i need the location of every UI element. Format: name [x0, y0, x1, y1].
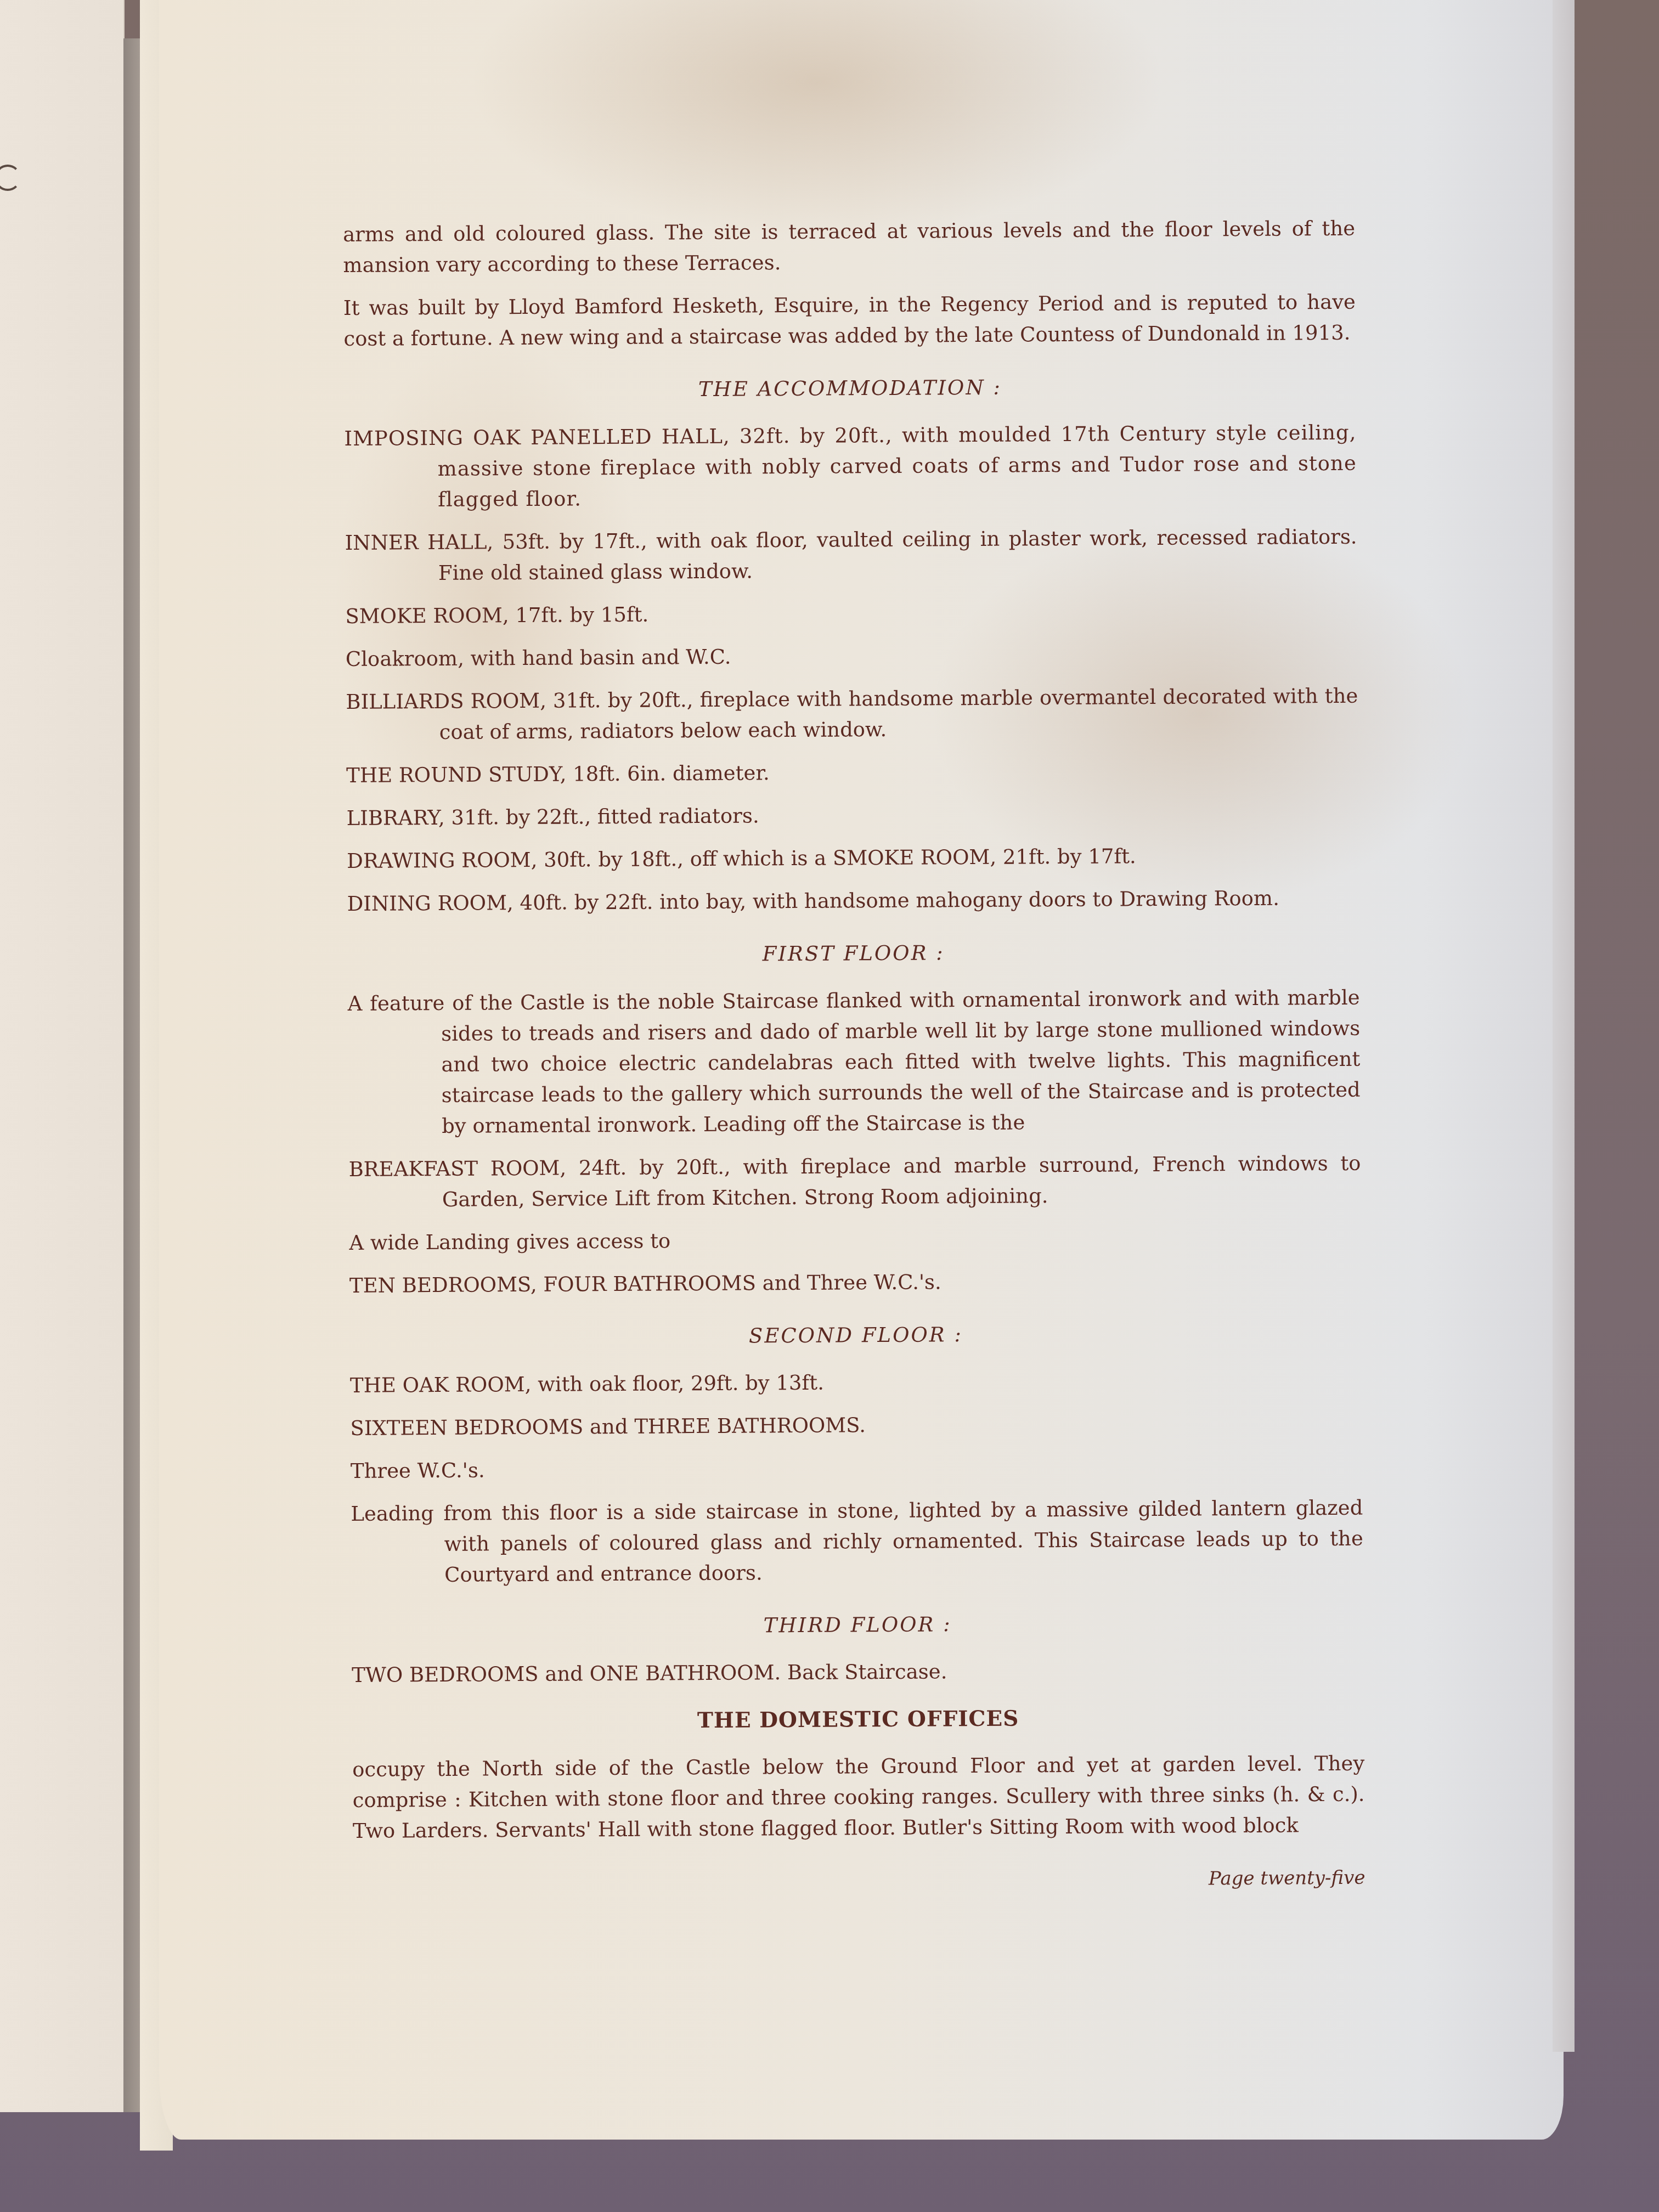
first-floor-entry: TEN BEDROOMS, FOUR BATHROOMS and Three W…	[349, 1265, 1362, 1301]
left-facing-page	[0, 0, 125, 2112]
domestic-offices-heading: THE DOMESTIC OFFICES	[352, 1701, 1364, 1738]
room-entry: LIBRARY, 31ft. by 22ft., fitted radiator…	[346, 797, 1358, 834]
room-entry: IMPOSING OAK PANELLED HALL, 32ft. by 20f…	[344, 417, 1357, 516]
first-floor-entry: A feature of the Castle is the noble Sta…	[348, 983, 1361, 1142]
binding-gutter	[123, 38, 140, 2112]
second-floor-entry: SIXTEEN BEDROOMS and THREE BATHROOMS.	[350, 1407, 1362, 1444]
first-floor-entry: A wide Landing gives access to	[349, 1222, 1361, 1259]
room-entry: DRAWING ROOM, 30ft. by 18ft., off which …	[347, 840, 1359, 877]
binding-hole-icon	[0, 165, 21, 191]
third-floor-entry: TWO BEDROOMS and ONE BATHROOM. Back Stai…	[352, 1654, 1364, 1691]
intro-paragraph: It was built by Lloyd Bamford Hesketh, E…	[343, 287, 1356, 354]
page-number: Page twenty-five	[353, 1863, 1365, 1899]
third-floor-heading: THIRD FLOOR :	[352, 1607, 1364, 1644]
domestic-offices-text: occupy the North side of the Castle belo…	[352, 1748, 1365, 1847]
second-floor-entry: THE OAK ROOM, with oak floor, 29ft. by 1…	[350, 1364, 1362, 1401]
accommodation-heading: THE ACCOMMODATION :	[344, 370, 1356, 407]
second-floor-entry: Leading from this floor is a side stairc…	[351, 1493, 1363, 1591]
room-entry: THE ROUND STUDY, 18ft. 6in. diameter.	[346, 754, 1358, 791]
room-entry: INNER HALL, 53ft. by 17ft., with oak flo…	[345, 522, 1357, 589]
room-entry: BILLIARDS ROOM, 31ft. by 20ft., fireplac…	[346, 681, 1358, 748]
second-floor-heading: SECOND FLOOR :	[349, 1317, 1362, 1354]
first-floor-entry: BREAKFAST ROOM, 24ft. by 20ft., with fir…	[348, 1148, 1361, 1216]
room-entry: SMOKE ROOM, 17ft. by 15ft.	[345, 595, 1357, 632]
first-floor-heading: FIRST FLOOR :	[347, 935, 1359, 972]
page-stack-edge	[1553, 0, 1575, 2052]
second-floor-entry: Three W.C.'s.	[351, 1450, 1363, 1487]
page-content: arms and old coloured glass. The site is…	[343, 213, 1365, 1899]
room-entry: DINING ROOM, 40ft. by 22ft. into bay, wi…	[347, 883, 1359, 919]
room-entry: Cloakroom, with hand basin and W.C.	[346, 638, 1358, 675]
intro-paragraph: arms and old coloured glass. The site is…	[343, 213, 1356, 281]
